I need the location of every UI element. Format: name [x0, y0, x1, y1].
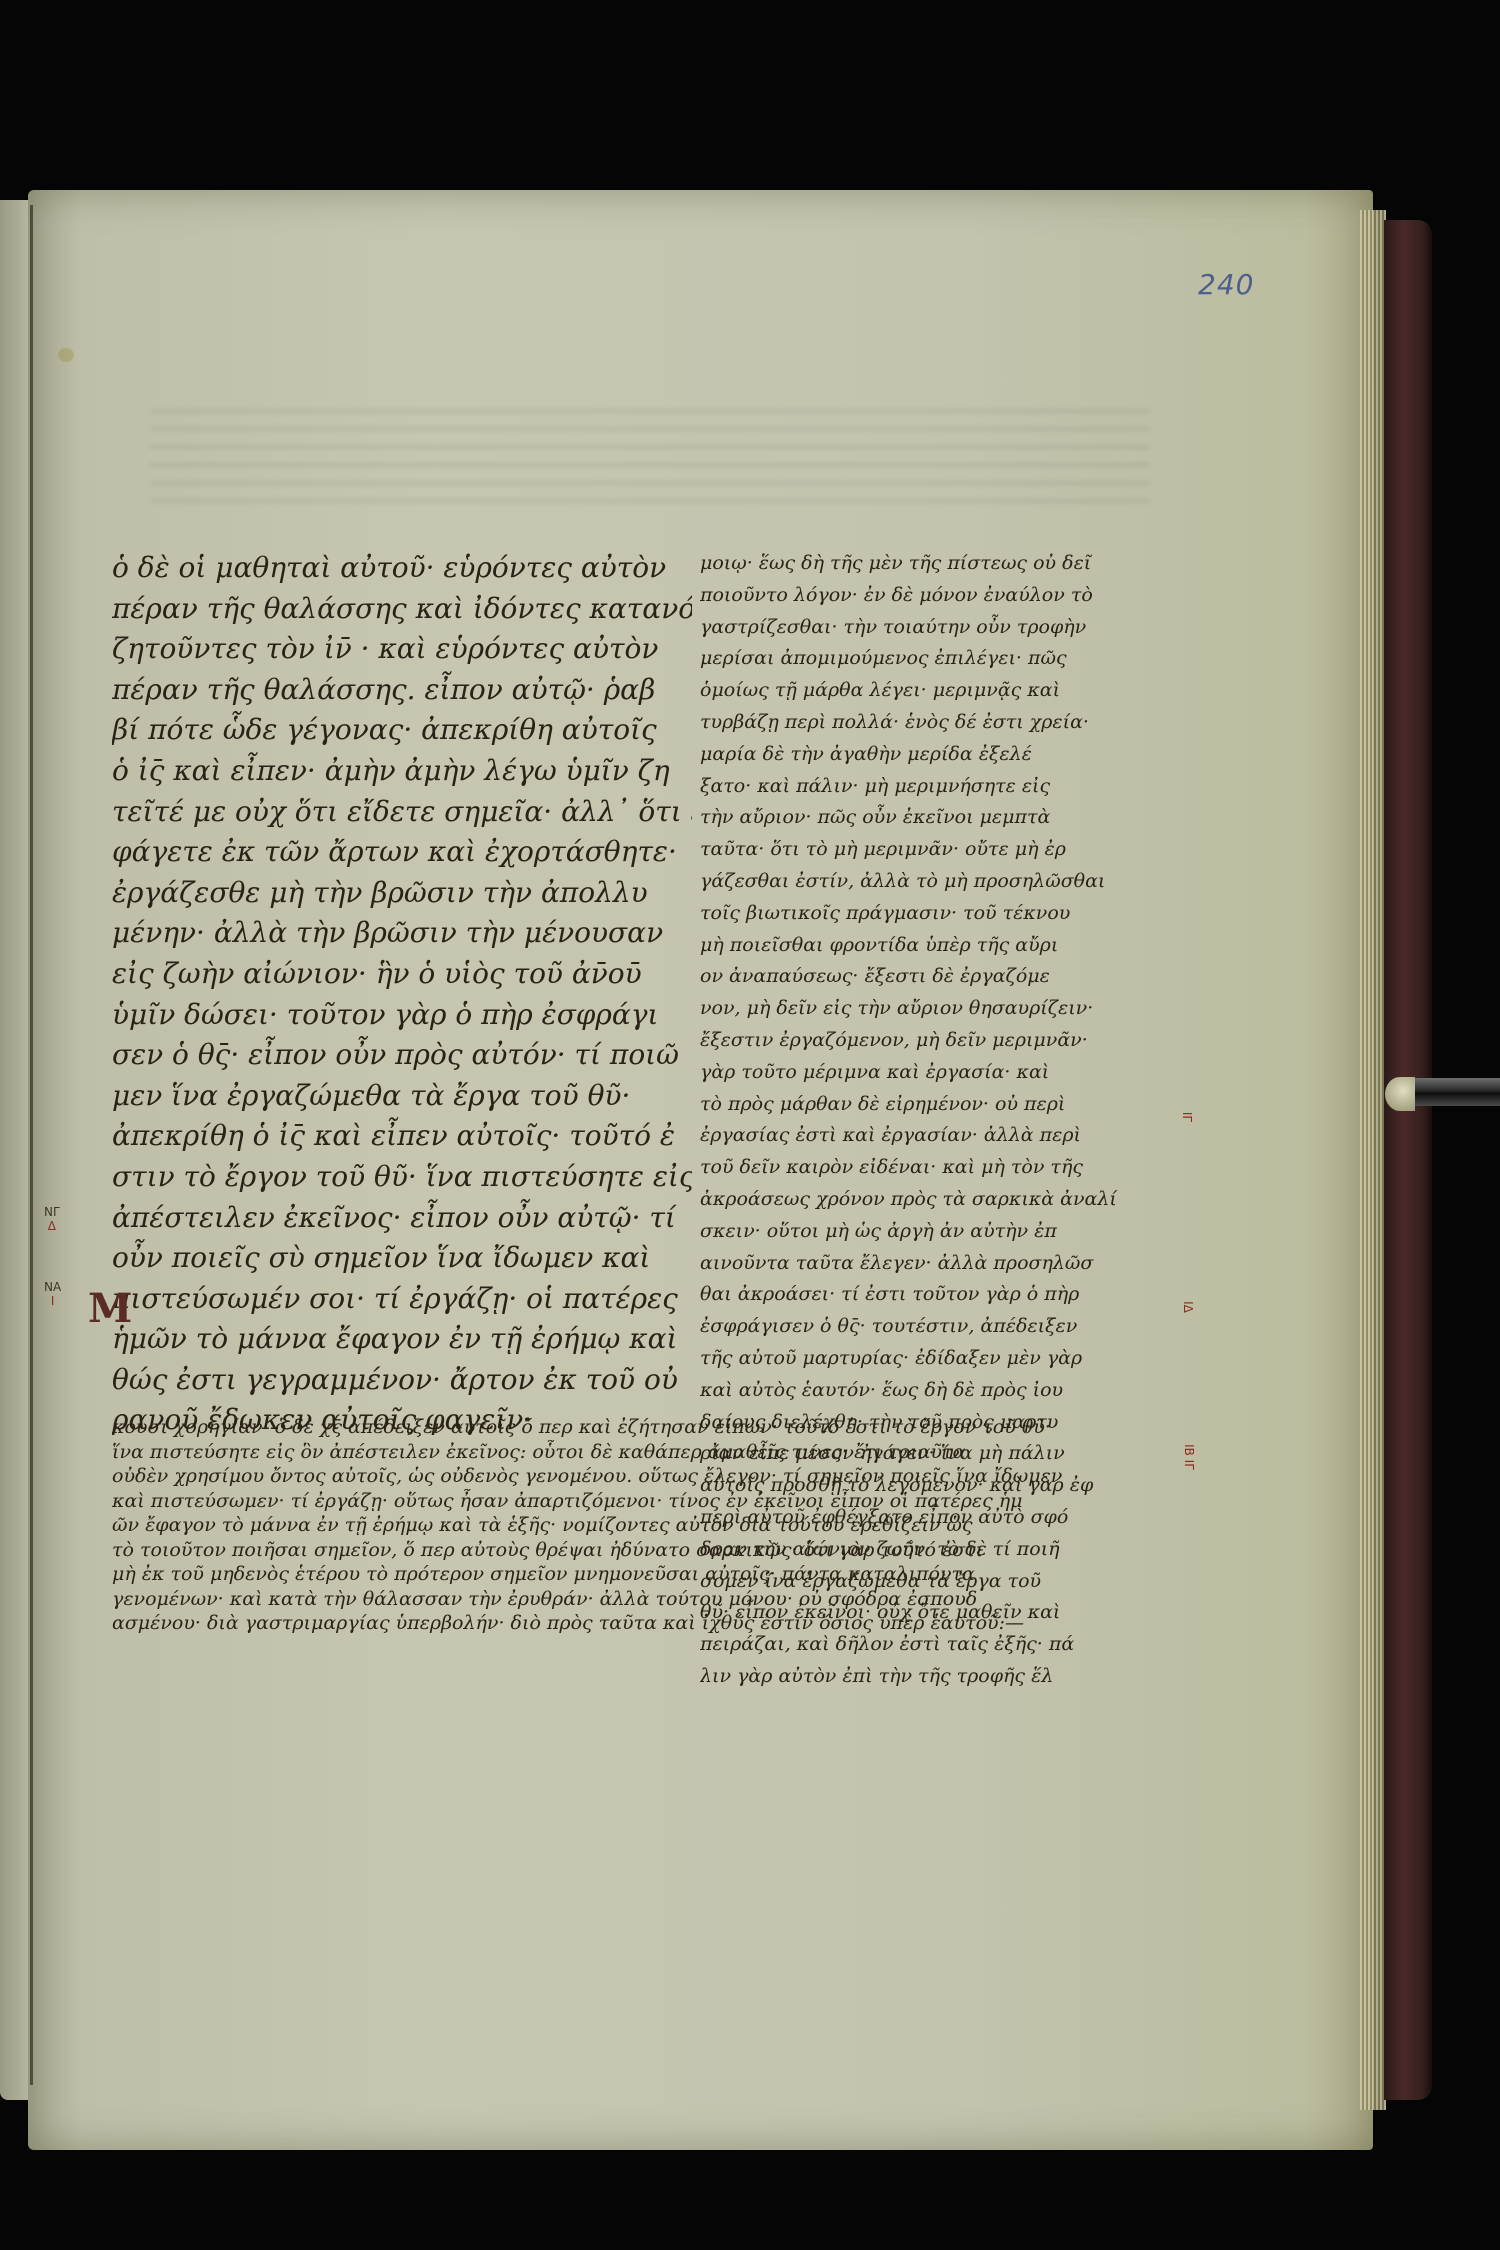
margin-note-right-1: ΙΓ — [1180, 1112, 1194, 1122]
text-line: γὰρ τοῦτο μέριμνα καὶ ἐργασία· καὶ — [700, 1057, 1178, 1089]
text-line: καὶ πιστεύσωμεν· τί ἐργάζῃ· οὕτως ἦσαν ἀ… — [112, 1489, 1167, 1514]
text-line: αινοῦντα ταῦτα ἔλεγεν· ἀλλὰ προσηλῶσ — [700, 1248, 1178, 1280]
text-line: θαι ἀκροάσει· τί ἐστι τοῦτον γὰρ ὁ πὴρ — [700, 1279, 1178, 1311]
text-line: ασμένου· διὰ γαστριμαργίας ὑπερβολήν· δι… — [112, 1611, 1167, 1636]
text-line: τὸ τοιοῦτον ποιῆσαι σημεῖον, ὅ περ αὐτοὺ… — [112, 1538, 1167, 1563]
text-line: εἰς ζωὴν αἰώνιον· ἣν ὁ υἱὸς τοῦ ἀν̄οῡ — [112, 954, 692, 995]
text-line: μεν ἵνα ἐργαζώμεθα τὰ ἔργα τοῦ θῦ· — [112, 1076, 692, 1117]
margin-note-left-2: ΝΑΙ — [44, 1280, 61, 1308]
text-line: ἵνα πιστεύσητε εἰς ὃν ἀπέστειλεν ἐκεῖνος… — [112, 1440, 1167, 1465]
text-line: ξατο· καὶ πάλιν· μὴ μεριμνήσητε εἰς — [700, 771, 1178, 803]
text-line: μερίσαι ἀπομιμούμενος ἐπιλέγει· πῶς — [700, 643, 1178, 675]
text-line: ὁ ἰς̄ καὶ εἶπεν· ἀμὴν ἀμὴν λέγω ὑμῖν ζη — [112, 751, 692, 792]
text-line: ἀπεκρίθη ὁ ἰς̄ καὶ εἶπεν αὐτοῖς· τοῦτό ἐ — [112, 1116, 692, 1157]
text-line: ἐσφράγισεν ὁ θς̄· τουτέστιν, ἀπέδειξεν — [700, 1311, 1178, 1343]
page-fore-edge — [1360, 210, 1386, 2110]
text-line: μὴ ποιεῖσθαι φροντίδα ὑπὲρ τῆς αὔρι — [700, 930, 1178, 962]
margin-note-left-1: ΝΓΔ — [44, 1205, 60, 1233]
text-line: γαστρίζεσθαι· τὴν τοιαύτην οὖν τροφὴν — [700, 612, 1178, 644]
text-line: ἐργάζεσθε μὴ τὴν βρῶσιν τὴν ἀπολλυ — [112, 873, 692, 914]
text-line: ἐργασίας ἐστὶ καὶ ἐργασίαν· ἀλλὰ περὶ — [700, 1120, 1178, 1152]
facing-page-edge — [0, 200, 30, 2100]
text-line: μοιῳ· ἕως δὴ τῆς μὲν τῆς πίστεως οὐ δεῖ — [700, 548, 1178, 580]
text-line: τὴν αὔριον· πῶς οὖν ἐκεῖνοι μεμπτὰ — [700, 802, 1178, 834]
text-line: ποιοῦντο λόγον· ἐν δὲ μόνον ἐναύλον τὸ — [700, 580, 1178, 612]
text-line: καὶ αὐτὸς ἑαυτόν· ἕως δὴ δὲ πρὸς ἰου — [700, 1375, 1178, 1407]
text-line: τυρβάζῃ περὶ πολλά· ἑνὸς δέ ἐστι χρεία· — [700, 707, 1178, 739]
page-marker-tip — [1385, 1077, 1415, 1111]
text-line: πιστεύσωμέν σοι· τί ἐργάζῃ· οἱ πατέρες — [112, 1279, 692, 1320]
folio-number: 240 — [1198, 268, 1254, 301]
text-line: μένην· ἀλλὰ τὴν βρῶσιν τὴν μένουσαν — [112, 913, 692, 954]
stain-mark — [58, 348, 74, 362]
text-line: τοῖς βιωτικοῖς πράγμασιν· τοῦ τέκνου — [700, 898, 1178, 930]
text-line: θώς ἐστι γεγραμμένον· ἄρτον ἐκ τοῦ οὐ — [112, 1360, 692, 1401]
text-line: λιν γὰρ αὐτὸν ἐπὶ τὴν τῆς τροφῆς ἕλ — [700, 1661, 1178, 1693]
margin-note-right-2: ΙΔ — [1181, 1301, 1195, 1313]
illuminated-initial: M — [88, 1285, 132, 1332]
text-line: τεῖτέ με οὐχ ὅτι εἴδετε σημεῖα· ἀλλ᾽ ὅτι… — [112, 792, 692, 833]
text-line: σκειν· οὕτοι μὴ ὡς ἀργὴ ἀν αὐτὴν ἐπ — [700, 1216, 1178, 1248]
text-line: ῶν ἔφαγον τὸ μάννα ἐν τῇ ἐρήμῳ καὶ τὰ ἑξ… — [112, 1513, 1167, 1538]
text-line: ον ἀναπαύσεως· ἔξεστι δὲ ἐργαζόμε — [700, 961, 1178, 993]
text-line: ἀκροάσεως χρόνον πρὸς τὰ σαρκικὰ ἀναλί — [700, 1184, 1178, 1216]
text-line: πέραν τῆς θαλάσσης. εἶπον αὐτῷ· ῥαβ — [112, 670, 692, 711]
text-line: στιν τὸ ἔργον τοῦ θῦ· ἵνα πιστεύσητε εἰς… — [112, 1157, 692, 1198]
text-line: τὸ πρὸς μάρθαν δὲ εἰρημένον· οὐ περὶ — [700, 1089, 1178, 1121]
show-through-text — [150, 395, 1150, 515]
text-line: πέραν τῆς θαλάσσης καὶ ἰδόντες κατανόησα… — [112, 589, 692, 630]
text-line: ὁ δὲ οἱ μαθηταὶ αὐτοῦ· εὑρόντες αὐτὸν — [112, 548, 692, 589]
text-line: βί πότε ὧδε γέγονας· ἀπεκρίθη αὐτοῖς — [112, 710, 692, 751]
text-line: οὐδὲν χρησίμου ὄντος αὐτοῖς, ὡς οὐδενὸς … — [112, 1464, 1167, 1489]
text-line: ἔξεστιν ἐργαζόμενον, μὴ δεῖν μεριμνᾶν· — [700, 1025, 1178, 1057]
text-line: μαρία δὲ τὴν ἀγαθὴν μερίδα ἐξελέ — [700, 739, 1178, 771]
text-line: γάζεσθαι ἐστίν, ἀλλὰ τὸ μὴ προσηλῶσθαι — [700, 866, 1178, 898]
text-line: ἀπέστειλεν ἐκεῖνος· εἶπον οὖν αὐτῷ· τί — [112, 1198, 692, 1239]
text-line: σεν ὁ θς̄· εἶπον οὖν πρὸς αὐτόν· τί ποιῶ — [112, 1035, 692, 1076]
text-line: ὁμοίως τῇ μάρθα λέγει· μεριμνᾷς καὶ — [700, 675, 1178, 707]
text-line: κουσι χορηγίαν· ὁ δὲ χς̄ ἀπέδειξεν αὐτοῖ… — [112, 1415, 1167, 1440]
text-line: οὖν ποιεῖς σὺ σημεῖον ἵνα ἴδωμεν καὶ — [112, 1238, 692, 1279]
left-text-column: ὁ δὲ οἱ μαθηταὶ αὐτοῦ· εὑρόντες αὐτὸνπέρ… — [112, 548, 692, 1441]
text-line: ζητοῦντες τὸν ἰν̄ · καὶ εὑρόντες αὐτὸν — [112, 629, 692, 670]
text-line: μὴ ἐκ τοῦ μηδενὸς ἑτέρου τὸ πρότερον σημ… — [112, 1562, 1167, 1587]
text-line: ἡμῶν τὸ μάννα ἔφαγον ἐν τῇ ἐρήμῳ καὶ — [112, 1319, 692, 1360]
text-line: τῆς αὐτοῦ μαρτυρίας· ἐδίδαξεν μὲν γὰρ — [700, 1343, 1178, 1375]
text-line: ταῦτα· ὅτι τὸ μὴ μεριμνᾶν· οὔτε μὴ ἐρ — [700, 834, 1178, 866]
text-line: γενομένων· καὶ κατὰ τὴν θάλασσαν τὴν ἐρυ… — [112, 1587, 1167, 1612]
margin-note-right-3: ΙΒ ΙΓ — [1182, 1444, 1196, 1470]
text-line: τοῦ δεῖν καιρὸν εἰδέναι· καὶ μὴ τὸν τῆς — [700, 1152, 1178, 1184]
book-binding — [1384, 220, 1432, 2100]
gutter — [30, 205, 33, 2085]
text-line: ὑμῖν δώσει· τοῦτον γὰρ ὁ πὴρ ἐσφράγι — [112, 995, 692, 1036]
bottom-text-block: κουσι χορηγίαν· ὁ δὲ χς̄ ἀπέδειξεν αὐτοῖ… — [112, 1415, 1167, 1636]
text-line: φάγετε ἐκ τῶν ἄρτων καὶ ἐχορτάσθητε· — [112, 832, 692, 873]
text-line: νον, μὴ δεῖν εἰς τὴν αὔριον θησαυρίζειν· — [700, 993, 1178, 1025]
